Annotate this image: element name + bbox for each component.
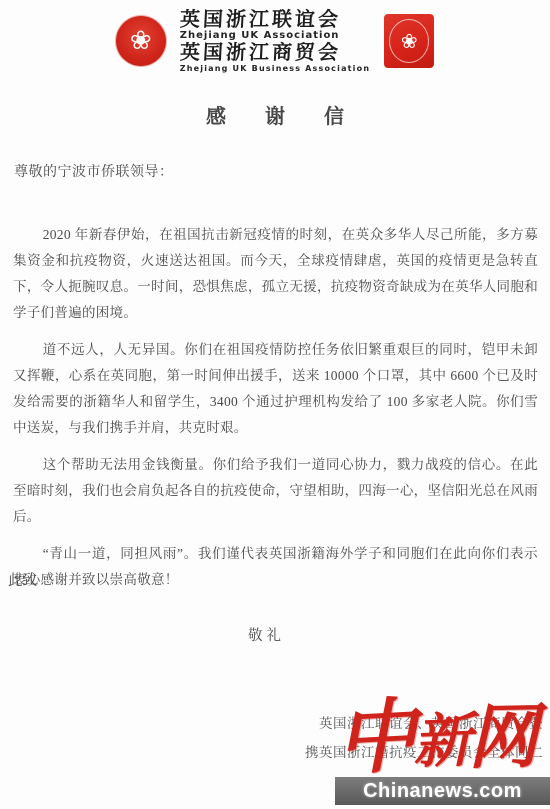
org2-name-en: Zhejiang UK Business Association (180, 63, 370, 74)
letter-page: ❀ 英国浙江联谊会 Zhejiang UK Association 英国浙江商贸… (0, 0, 550, 809)
closing-jingli: 敬礼 (248, 624, 285, 645)
chinanews-site-banner: Chinanews.com (335, 777, 550, 805)
paragraph-2: 道不远人，人无异国。你们在祖国疫情防控任务依旧繁重艰巨的同时，铠甲未卸又挥鞭，心… (13, 337, 538, 441)
paragraph-1: 2020 年新春伊始，在祖国抗击新冠疫情的时刻，在英众多华人尽己所能，多方募集资… (13, 222, 538, 326)
org2-name-cn: 英国浙江商贸会 (179, 41, 371, 63)
lotus-icon: ❀ (401, 31, 418, 51)
letter-body: 2020 年新春伊始，在祖国抗击新冠疫情的时刻，在英众多华人尽己所能，多方募集资… (13, 222, 538, 604)
paragraph-4: “青山一道，同担风雨”。我们谨代表英国浙籍海外学子和同胞们在此向你们表示衷心感谢… (13, 541, 538, 593)
letterhead: ❀ 英国浙江联谊会 Zhejiang UK Association 英国浙江商贸… (0, 8, 550, 74)
signature-line-1: 英国浙江联谊会、英国浙江商贸会暨 (305, 716, 543, 731)
org1-name-cn: 英国浙江联谊会 (179, 8, 371, 30)
salutation: 尊敬的宁波市侨联领导： (14, 161, 174, 181)
round-flower-seal-icon: ❀ (116, 16, 166, 66)
paragraph-3: 这个帮助无法用金钱衡量。你们给予我们一道同心协力，戮力战疫的信心。在此至暗时刻，… (13, 452, 538, 530)
letter-title: 感 谢 信 (0, 100, 550, 129)
lotus-icon: ❀ (130, 28, 152, 54)
signature-line-2: 携英国浙江籍抗疫工作委员会全体同仁 (305, 745, 543, 760)
closing-cizhi: 此致 (8, 569, 37, 590)
square-stamp-seal-icon: ❀ (384, 14, 434, 68)
organization-names: 英国浙江联谊会 Zhejiang UK Association 英国浙江商贸会 … (180, 8, 370, 74)
signature-block: 英国浙江联谊会、英国浙江商贸会暨 携英国浙江籍抗疫工作委员会全体同仁 (305, 716, 543, 760)
